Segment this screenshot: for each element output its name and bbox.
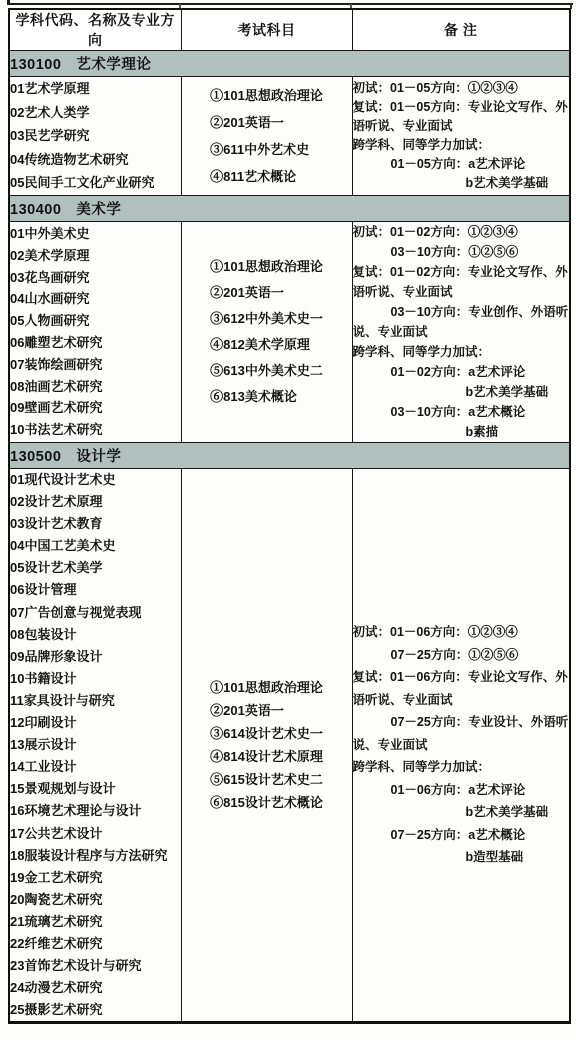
subject-item: ⑥813美术概论	[210, 384, 323, 410]
remark-line: 01－05方向：a艺术评论	[353, 155, 570, 174]
direction-item: 09品牌形象设计	[10, 646, 181, 668]
direction-item: 06设计管理	[10, 579, 181, 601]
subject-item: ⑤613中外美术史二	[210, 358, 323, 384]
direction-item: 13展示设计	[10, 734, 181, 756]
subject-item: ④812美术学原理	[210, 332, 323, 358]
section-name: 设计学	[76, 449, 121, 465]
subject-item: ①101思想政治理论	[210, 82, 323, 109]
direction-item: 04传统造物艺术研究	[10, 148, 181, 172]
direction-item: 10书籍设计	[10, 668, 181, 690]
subject-item: ②201英语一	[210, 699, 323, 722]
subject-item: ③612中外美术史一	[210, 306, 323, 332]
section-bar-row: 130500设计学	[9, 443, 570, 469]
direction-item: 07广告创意与视觉表现	[10, 602, 181, 624]
direction-item: 08油画艺术研究	[10, 376, 181, 398]
direction-item: 23首饰艺术设计与研究	[10, 955, 181, 977]
section-bar-row: 130100艺术学理论	[9, 51, 570, 77]
previous-table-left-border-stub	[7, 0, 10, 4]
section-code: 130500	[10, 449, 61, 465]
direction-item: 06雕塑艺术研究	[10, 332, 181, 354]
remark-line: 03－10方向：①②⑤⑥	[353, 242, 570, 262]
admissions-exam-table: 学科代码、名称及专业方向 考试科目 备 注 130100艺术学理论01艺术学原理…	[8, 8, 571, 1024]
remark-line: b艺术美学基础	[353, 174, 570, 193]
direction-item: 21琉璃艺术研究	[10, 911, 181, 933]
subjects-list: ①101思想政治理论②201英语一③612中外美术史一④812美术学原理⑤613…	[210, 254, 323, 410]
direction-item: 02美术学原理	[10, 245, 181, 267]
direction-item: 03花鸟画研究	[10, 267, 181, 289]
remark-line: b素描	[353, 422, 570, 442]
section-body-row: 01现代设计艺术史02设计艺术原理03设计艺术教育04中国工艺美术史05设计艺术…	[9, 469, 570, 1023]
direction-item: 12印刷设计	[10, 712, 181, 734]
remark-line: 03－10方向：a艺术概论	[353, 402, 570, 422]
header-col-discipline: 学科代码、名称及专业方向	[9, 9, 181, 51]
remark-line: 初试：01－06方向：①②③④	[353, 621, 570, 644]
section-code: 130100	[10, 57, 61, 73]
section-name: 艺术学理论	[76, 57, 151, 73]
direction-item: 17公共艺术设计	[10, 823, 181, 845]
subject-item: ④811艺术概论	[210, 163, 323, 190]
direction-item: 02设计艺术原理	[10, 491, 181, 513]
directions-cell: 01艺术学原理02艺术人类学03民艺学研究04传统造物艺术研究05民间手工文化产…	[9, 77, 181, 196]
remark-line: 跨学科、同等学力加试：	[353, 756, 570, 779]
remarks-cell: 初试：01－06方向：①②③④07－25方向：①②⑤⑥复试：01－06方向：专业…	[352, 469, 570, 1023]
section-title-130500: 130500设计学	[9, 443, 570, 469]
remark-line: b造型基础	[353, 846, 570, 869]
direction-item: 05民间手工文化产业研究	[10, 171, 181, 195]
subject-item: ①101思想政治理论	[210, 254, 323, 280]
subject-item: ②201英语一	[210, 280, 323, 306]
section-title-130100: 130100艺术学理论	[9, 51, 570, 77]
remark-line: 01－06方向：a艺术评论	[353, 779, 570, 802]
remark-line: 复试：01－06方向：专业论文写作、外语听说、专业面试	[353, 666, 570, 711]
remark-line: 复试：01－05方向：专业论文写作、外语听说、专业面试	[353, 98, 570, 136]
direction-item: 11家具设计与研究	[10, 690, 181, 712]
direction-item: 20陶瓷艺术研究	[10, 889, 181, 911]
section-code: 130400	[10, 202, 61, 218]
direction-item: 19金工艺术研究	[10, 867, 181, 889]
section-body-row: 01中外美术史02美术学原理03花鸟画研究04山水画研究05人物画研究06雕塑艺…	[9, 222, 570, 443]
remark-line: 01－02方向：a艺术评论	[353, 362, 570, 382]
header-col-remarks: 备 注	[352, 9, 570, 51]
subject-item: ②201英语一	[210, 109, 323, 136]
remarks-cell: 初试：01－02方向：①②③④03－10方向：①②⑤⑥复试：01－02方向：专业…	[352, 222, 570, 443]
remark-line: 跨学科、同等学力加试：	[353, 136, 570, 155]
subject-item: ⑥815设计艺术概论	[210, 791, 323, 814]
subjects-list: ①101思想政治理论②201英语一③614设计艺术史一④814设计艺术原理⑤61…	[210, 676, 323, 814]
direction-item: 05人物画研究	[10, 310, 181, 332]
directions-cell: 01中外美术史02美术学原理03花鸟画研究04山水画研究05人物画研究06雕塑艺…	[9, 222, 181, 443]
direction-item: 01现代设计艺术史	[10, 469, 181, 491]
header-col-exam-subjects: 考试科目	[181, 9, 352, 51]
remark-line: 07－25方向：a艺术概论	[353, 824, 570, 847]
section-name: 美术学	[76, 202, 121, 218]
remark-line: 初试：01－05方向：①②③④	[353, 79, 570, 98]
previous-table-bottom-border	[7, 3, 573, 5]
remark-line: 07－25方向：专业设计、外语听说、专业面试	[353, 711, 570, 756]
subjects-cell: ①101思想政治理论②201英语一③611中外艺术史④811艺术概论	[181, 77, 352, 196]
direction-item: 07装饰绘画研究	[10, 354, 181, 376]
directions-cell: 01现代设计艺术史02设计艺术原理03设计艺术教育04中国工艺美术史05设计艺术…	[9, 469, 181, 1023]
subject-item: ③614设计艺术史一	[210, 722, 323, 745]
section-bar-row: 130400美术学	[9, 196, 570, 222]
remark-line: 初试：01－02方向：①②③④	[353, 222, 570, 242]
section-title-130400: 130400美术学	[9, 196, 570, 222]
remark-line: 03－10方向：专业创作、外语听说、专业面试	[353, 302, 570, 342]
direction-item: 16环境艺术理论与设计	[10, 800, 181, 822]
remark-line: b艺术美学基础	[353, 382, 570, 402]
direction-item: 14工业设计	[10, 756, 181, 778]
remark-line: b艺术美学基础	[353, 801, 570, 824]
subjects-cell: ①101思想政治理论②201英语一③612中外美术史一④812美术学原理⑤613…	[181, 222, 352, 443]
direction-item: 22纤维艺术研究	[10, 933, 181, 955]
subject-item: ①101思想政治理论	[210, 676, 323, 699]
direction-item: 25摄影艺术研究	[10, 999, 181, 1021]
direction-item: 03民艺学研究	[10, 124, 181, 148]
subject-item: ⑤615设计艺术史二	[210, 768, 323, 791]
direction-item: 08包装设计	[10, 624, 181, 646]
direction-item: 04中国工艺美术史	[10, 535, 181, 557]
direction-item: 18服装设计程序与方法研究	[10, 845, 181, 867]
direction-item: 05设计艺术美学	[10, 557, 181, 579]
direction-item: 01艺术学原理	[10, 77, 181, 101]
table-header-row: 学科代码、名称及专业方向 考试科目 备 注	[9, 9, 570, 51]
remark-line: 复试：01－02方向：专业论文写作、外语听说、专业面试	[353, 262, 570, 302]
direction-item: 02艺术人类学	[10, 101, 181, 125]
direction-item: 24动漫艺术研究	[10, 977, 181, 999]
subject-item: ④814设计艺术原理	[210, 745, 323, 768]
subject-item: ③611中外艺术史	[210, 136, 323, 163]
direction-item: 04山水画研究	[10, 288, 181, 310]
subjects-cell: ①101思想政治理论②201英语一③614设计艺术史一④814设计艺术原理⑤61…	[181, 469, 352, 1023]
remarks-cell: 初试：01－05方向：①②③④复试：01－05方向：专业论文写作、外语听说、专业…	[352, 77, 570, 196]
direction-item: 01中外美术史	[10, 223, 181, 245]
direction-item: 15景观规划与设计	[10, 778, 181, 800]
direction-item: 03设计艺术教育	[10, 513, 181, 535]
remark-line: 07－25方向：①②⑤⑥	[353, 644, 570, 667]
scanned-document-page: 学科代码、名称及专业方向 考试科目 备 注 130100艺术学理论01艺术学原理…	[0, 0, 576, 1042]
direction-item: 10书法艺术研究	[10, 419, 181, 441]
remark-line: 跨学科、同等学力加试：	[353, 342, 570, 362]
section-body-row: 01艺术学原理02艺术人类学03民艺学研究04传统造物艺术研究05民间手工文化产…	[9, 77, 570, 196]
direction-item: 09壁画艺术研究	[10, 397, 181, 419]
subjects-list: ①101思想政治理论②201英语一③611中外艺术史④811艺术概论	[210, 82, 323, 190]
